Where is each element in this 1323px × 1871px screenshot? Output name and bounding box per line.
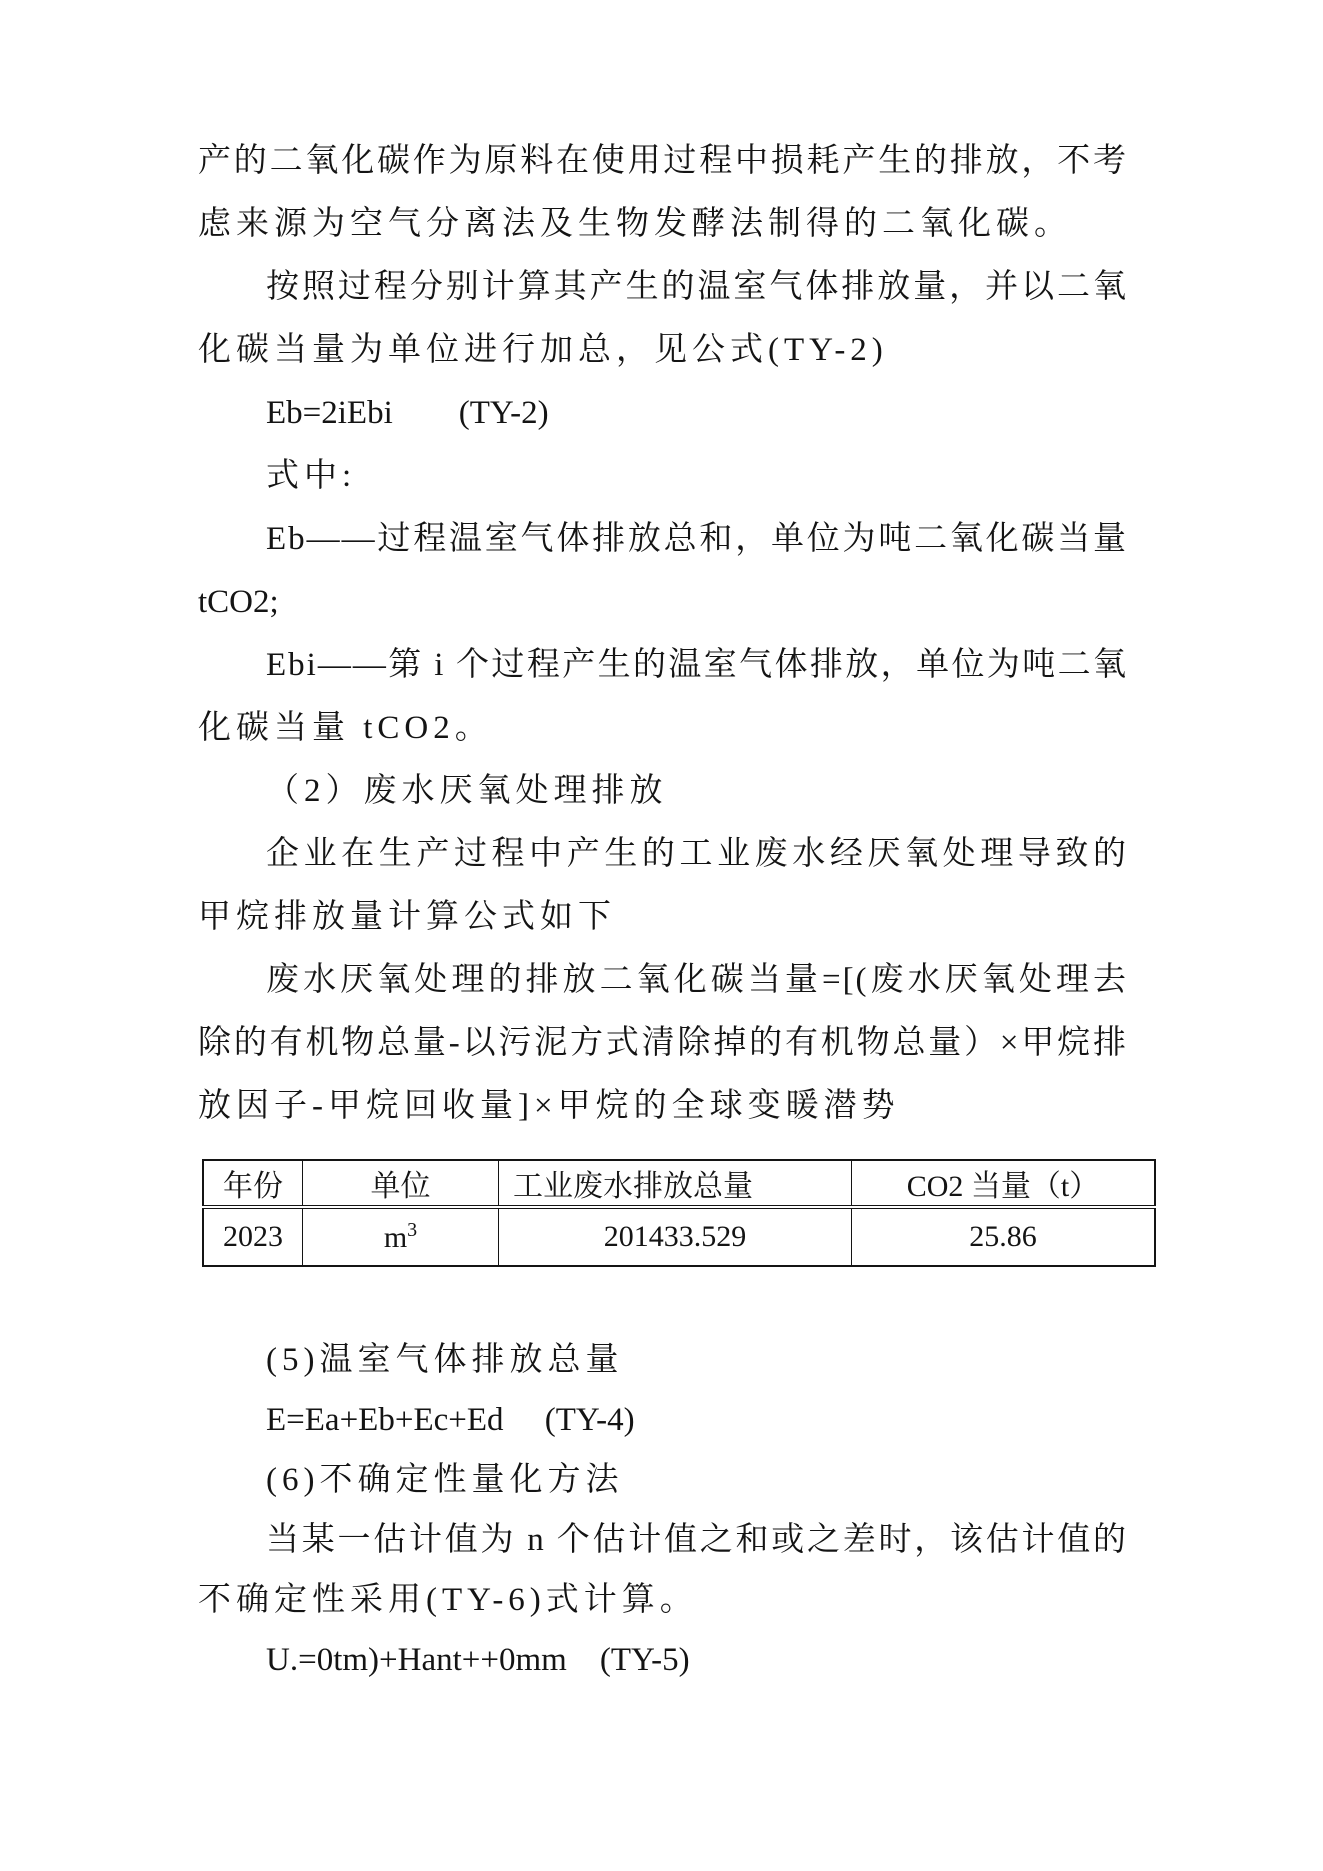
table-header-wastewater: 工业废水排放总量 <box>499 1160 852 1207</box>
formula-ty2: Eb=2iEbi (TY-2) <box>198 382 1128 445</box>
table-body: 2023 m3 201433.529 25.86 <box>203 1207 1155 1266</box>
text-line-13: 甲烷排放量计算公式如下 <box>198 886 1128 949</box>
text-line-6: 式中: <box>198 445 1128 508</box>
table-header-co2: CO2 当量（t） <box>852 1160 1156 1207</box>
text-line-8: tCO2; <box>198 571 1128 634</box>
text-line-4: 化碳当量为单位进行加总，见公式(TY-2) <box>198 319 1128 382</box>
cell-year: 2023 <box>203 1207 303 1266</box>
text-line-16: 放因子-甲烷回收量]×甲烷的全球变暖潜势 <box>198 1075 1128 1138</box>
cell-wastewater-total: 201433.529 <box>499 1207 852 1266</box>
unit-base: m <box>384 1221 407 1254</box>
formula-ty4: E=Ea+Eb+Ec+Ed (TY-4) <box>198 1390 1128 1450</box>
text-line-3: 按照过程分别计算其产生的温室气体排放量，并以二氧 <box>198 256 1128 319</box>
text-line-2: 虑来源为空气分离法及生物发酵法制得的二氧化碳。 <box>198 193 1128 256</box>
cell-co2-equivalent: 25.86 <box>852 1207 1156 1266</box>
text-line-7: Eb——过程温室气体排放总和，单位为吨二氧化碳当量 <box>198 508 1128 571</box>
text-line-12: 企业在生产过程中产生的工业废水经厌氧处理导致的 <box>198 823 1128 886</box>
section-heading-5: (5)温室气体排放总量 <box>198 1330 1128 1390</box>
section-heading-2: （2）废水厌氧处理排放 <box>198 760 1128 823</box>
unit-superscript: 3 <box>407 1219 417 1241</box>
table-header-year: 年份 <box>203 1160 303 1207</box>
text-line-20: 当某一估计值为 n 个估计值之和或之差时，该估计值的 <box>198 1510 1128 1570</box>
paragraph-block-2: (5)温室气体排放总量 E=Ea+Eb+Ec+Ed (TY-4) (6)不确定性… <box>198 1330 1128 1690</box>
formula-ty5: U.=0tm)+Hant++0mm (TY-5) <box>198 1630 1128 1690</box>
section-heading-6: (6)不确定性量化方法 <box>198 1450 1128 1510</box>
cell-unit: m3 <box>303 1207 499 1266</box>
text-line-9: Ebi——第 i 个过程产生的温室气体排放，单位为吨二氧 <box>198 634 1128 697</box>
table-header-unit: 单位 <box>303 1160 499 1207</box>
document-page: 产的二氧化碳作为原料在使用过程中损耗产生的排放，不考 虑来源为空气分离法及生物发… <box>0 0 1323 1871</box>
text-line-1: 产的二氧化碳作为原料在使用过程中损耗产生的排放，不考 <box>198 130 1128 193</box>
paragraph-block-1: 产的二氧化碳作为原料在使用过程中损耗产生的排放，不考 虑来源为空气分离法及生物发… <box>198 0 1128 1138</box>
wastewater-emission-table: 年份 单位 工业废水排放总量 CO2 当量（t） 2023 m3 201433.… <box>202 1159 1156 1267</box>
table-row: 2023 m3 201433.529 25.86 <box>203 1207 1155 1266</box>
text-line-14: 废水厌氧处理的排放二氧化碳当量=[(废水厌氧处理去 <box>198 949 1128 1012</box>
text-line-10: 化碳当量 tCO2。 <box>198 697 1128 760</box>
text-line-21: 不确定性采用(TY-6)式计算。 <box>198 1570 1128 1630</box>
table-header-row: 年份 单位 工业废水排放总量 CO2 当量（t） <box>203 1160 1155 1207</box>
text-line-15: 除的有机物总量-以污泥方式清除掉的有机物总量）×甲烷排 <box>198 1012 1128 1075</box>
